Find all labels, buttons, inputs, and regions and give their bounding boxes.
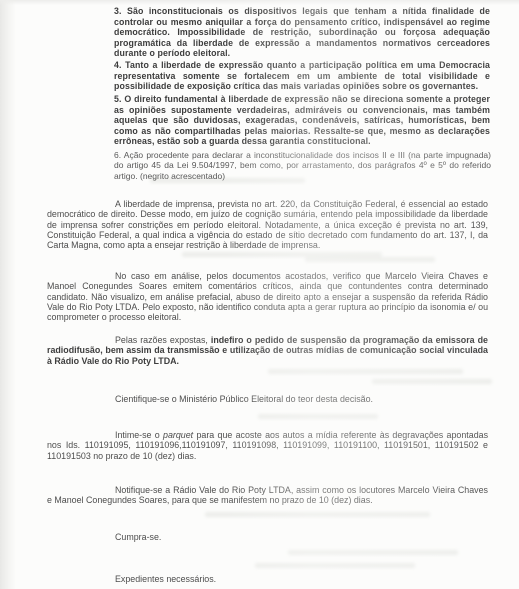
headnote-item-3: 3. São inconstitucionais os dispositivos… [114, 6, 490, 59]
bleed-through-artifact [205, 512, 430, 517]
order-notifique: Notifique-se a Rádio Vale do Rio Poty LT… [47, 485, 488, 506]
bleed-through-artifact [372, 379, 492, 384]
text-run: parquet [163, 430, 193, 440]
text-run: No caso em análise, pelos documentos aco… [47, 271, 488, 322]
text-run: Intime-se o [115, 430, 163, 440]
scan-edge-shadow-top [0, 0, 519, 5]
bleed-through-artifact [268, 369, 463, 374]
text-run: Notifique-se a Rádio Vale do Rio Poty LT… [47, 485, 488, 505]
bleed-through-artifact [305, 257, 435, 262]
body-caso-em-analise: No caso em análise, pelos documentos aco… [47, 271, 488, 322]
body-liberdade-imprensa: A liberdade de imprensa, prevista no art… [47, 199, 488, 250]
headnote-item-5: 5. O direito fundamental à liberdade de … [114, 94, 490, 147]
text-run: 5. O direito fundamental à liberdade de … [114, 94, 490, 146]
text-run: Pelas razões expostas, [115, 335, 211, 345]
order-intime: Intime-se o parquet para que acoste aos … [47, 430, 488, 461]
text-run: A liberdade de imprensa, prevista no art… [47, 199, 488, 250]
headnote-item-6: 6. Ação procedente para declarar a incon… [114, 150, 491, 181]
bleed-through-artifact [288, 550, 458, 555]
order-cientifique: Cientifique-se o Ministério Público Elei… [47, 394, 488, 404]
scan-edge-shadow-left [0, 0, 16, 589]
decision-indefiro: Pelas razões expostas, indefiro o pedido… [47, 335, 488, 366]
scanned-document-page: 3. São inconstitucionais os dispositivos… [0, 0, 519, 589]
text-run: 6. Ação procedente para declarar a incon… [114, 150, 491, 181]
text-run: 3. São inconstitucionais os dispositivos… [114, 6, 490, 58]
text-run: 4. Tanto a liberdade de expressão quanto… [114, 60, 490, 91]
text-run: indefiro o pedido de suspensão da progra… [47, 335, 488, 366]
order-expedientes: Expedientes necessários. [47, 574, 488, 584]
headnote-item-4: 4. Tanto a liberdade de expressão quanto… [114, 60, 490, 92]
text-run: Cumpra-se. [115, 532, 161, 542]
order-cumpra: Cumpra-se. [47, 532, 488, 542]
bleed-through-artifact [255, 563, 415, 568]
text-run: para que acoste aos autos a mídia refere… [47, 430, 488, 461]
bleed-through-artifact [258, 414, 378, 419]
text-run: Expedientes necessários. [115, 574, 216, 584]
text-run: Cientifique-se o Ministério Público Elei… [115, 394, 373, 404]
